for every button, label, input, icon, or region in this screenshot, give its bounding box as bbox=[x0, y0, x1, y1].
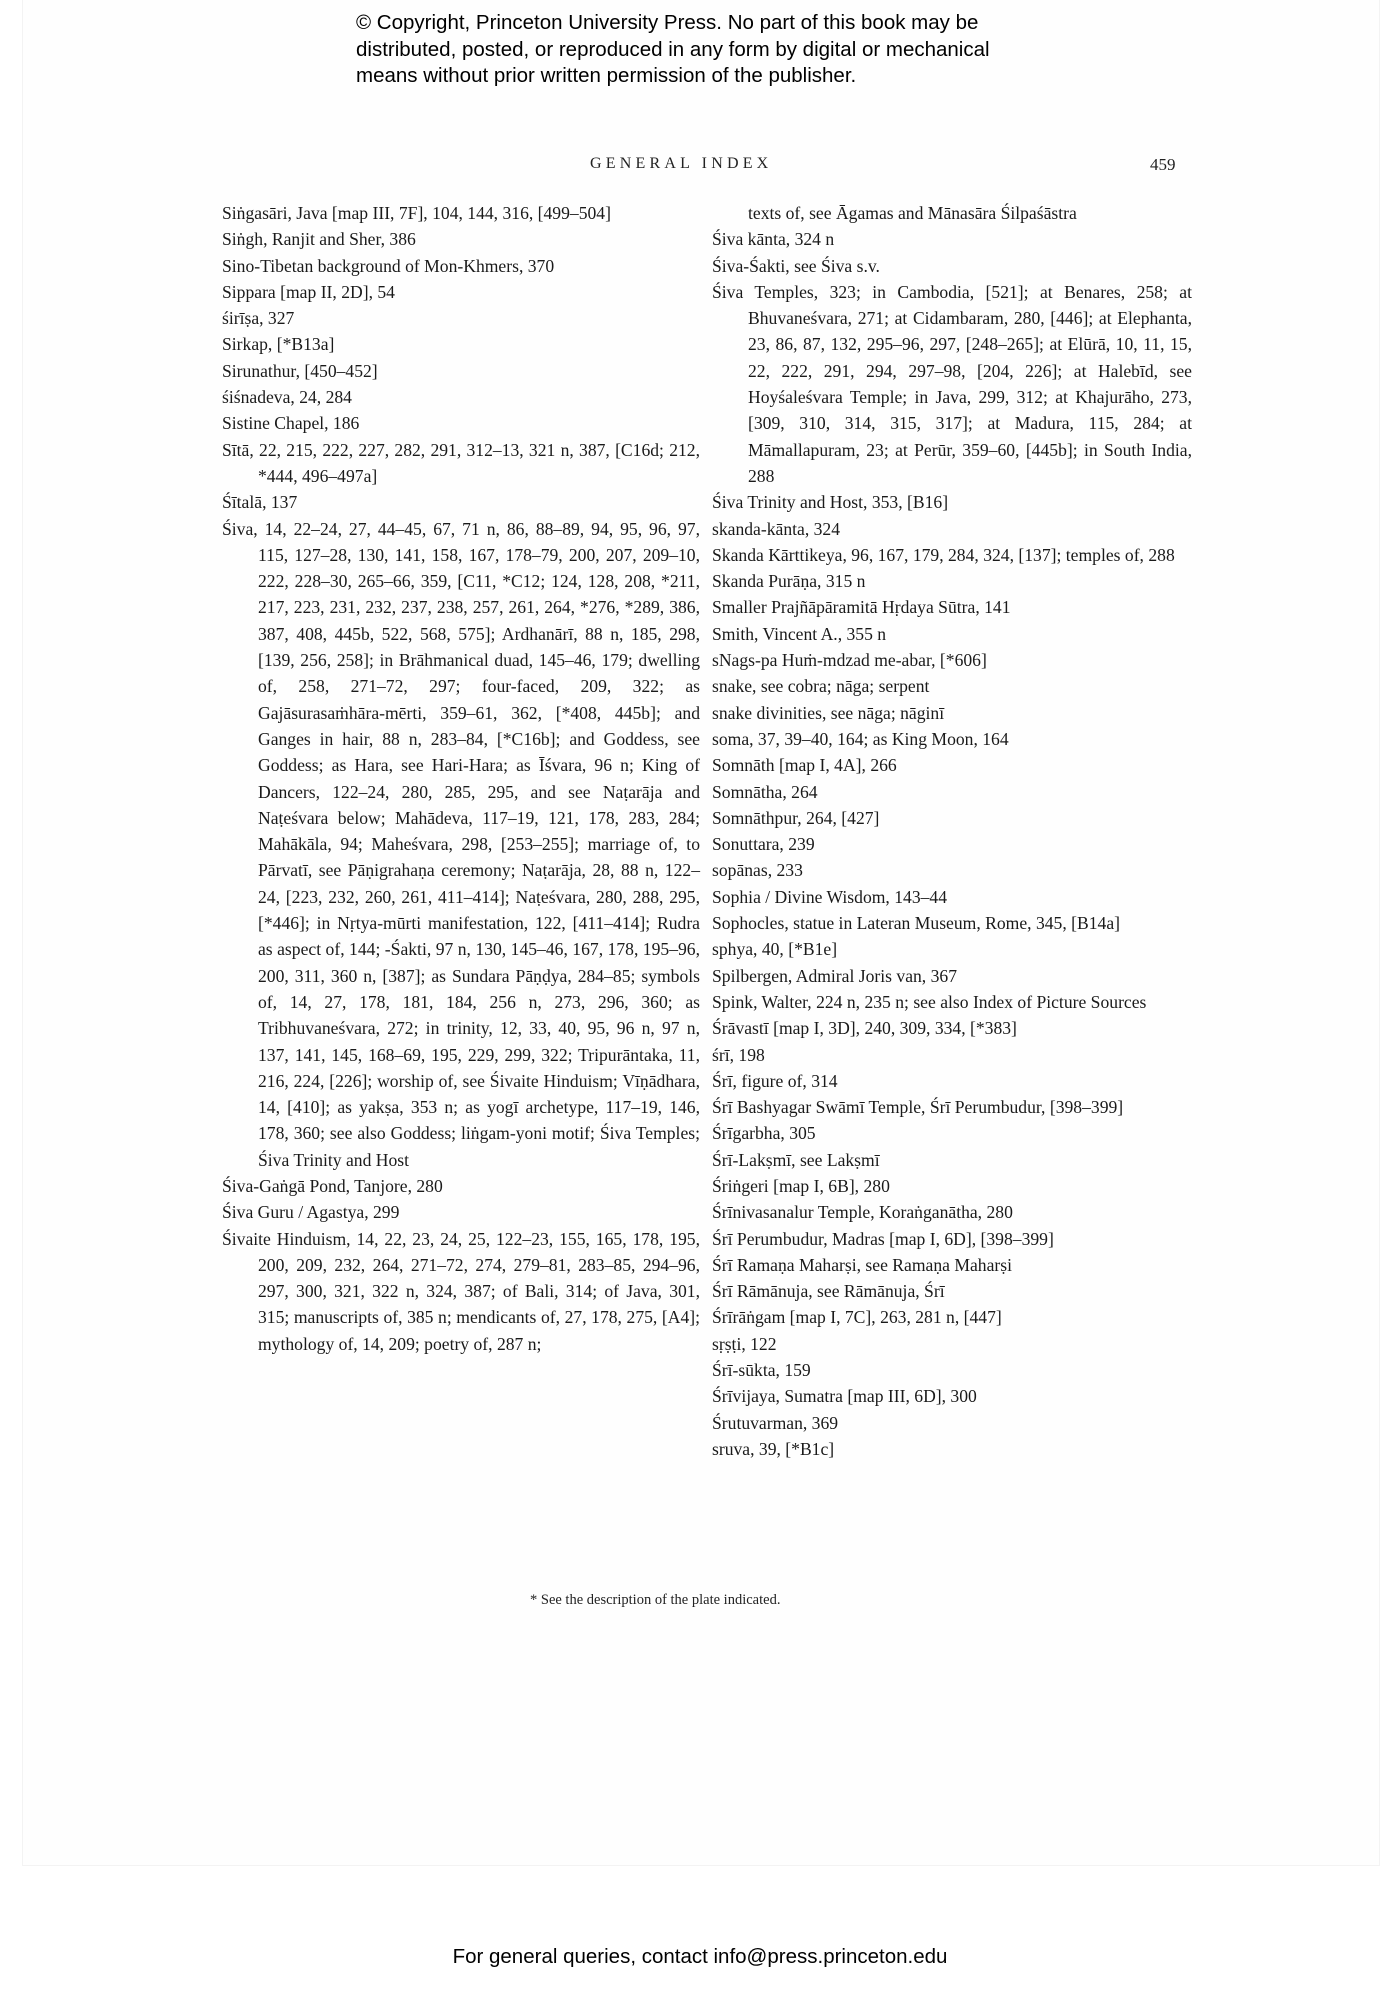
index-entry: Smaller Prajñāpāramitā Hṛdaya Sūtra, 141 bbox=[712, 594, 1192, 620]
index-entry: snake, see cobra; nāga; serpent bbox=[712, 673, 1192, 699]
index-entry: śrī, 198 bbox=[712, 1042, 1192, 1068]
index-entry: Spilbergen, Admiral Joris van, 367 bbox=[712, 963, 1192, 989]
contact-footer: For general queries, contact info@press.… bbox=[0, 1945, 1400, 1969]
index-entry: Śrāvastī [map I, 3D], 240, 309, 334, [*3… bbox=[712, 1015, 1192, 1041]
index-entry: skanda-kānta, 324 bbox=[712, 516, 1192, 542]
index-entry: sopānas, 233 bbox=[712, 857, 1192, 883]
index-entry: Śrī Perumbudur, Madras [map I, 6D], [398… bbox=[712, 1226, 1192, 1252]
index-entry: Śrutuvarman, 369 bbox=[712, 1410, 1192, 1436]
index-entry: Śriṅgeri [map I, 6B], 280 bbox=[712, 1173, 1192, 1199]
index-entry: Śiva-Gaṅgā Pond, Tanjore, 280 bbox=[222, 1173, 700, 1199]
copyright-notice: © Copyright, Princeton University Press.… bbox=[356, 10, 1076, 90]
index-entry: Sophia / Divine Wisdom, 143–44 bbox=[712, 884, 1192, 910]
index-entry: śirīṣa, 327 bbox=[222, 305, 700, 331]
index-entry: Sippara [map II, 2D], 54 bbox=[222, 279, 700, 305]
index-entry: Śiva, 14, 22–24, 27, 44–45, 67, 71 n, 86… bbox=[222, 516, 700, 1173]
index-entry: Śrī, figure of, 314 bbox=[712, 1068, 1192, 1094]
index-entry: Siṅgh, Ranjit and Sher, 386 bbox=[222, 226, 700, 252]
index-entry: Śrī Ramaṇa Maharṣi, see Ramaṇa Maharṣi bbox=[712, 1252, 1192, 1278]
index-entry: Sino-Tibetan background of Mon-Khmers, 3… bbox=[222, 253, 700, 279]
index-entry: snake divinities, see nāga; nāginī bbox=[712, 700, 1192, 726]
index-entry: sphya, 40, [*B1e] bbox=[712, 936, 1192, 962]
index-entry: Somnāth [map I, 4A], 266 bbox=[712, 752, 1192, 778]
index-entry: Śiva kānta, 324 n bbox=[712, 226, 1192, 252]
index-entry: sṛṣṭi, 122 bbox=[712, 1331, 1192, 1357]
index-entry: Śrīvijaya, Sumatra [map III, 6D], 300 bbox=[712, 1383, 1192, 1409]
copyright-line: means without prior written permission o… bbox=[356, 63, 1076, 90]
index-entry: sNags-pa Huṁ-mdzad me-abar, [*606] bbox=[712, 647, 1192, 673]
index-entry: Sophocles, statue in Lateran Museum, Rom… bbox=[712, 910, 1192, 936]
index-entry: Sirunathur, [450–452] bbox=[222, 358, 700, 384]
index-entry-continuation: texts of, see Āgamas and Mānasāra Śilpaś… bbox=[712, 200, 1192, 226]
index-entry: Śivaite Hinduism, 14, 22, 23, 24, 25, 12… bbox=[222, 1226, 700, 1357]
index-entry: Śrī Rāmānuja, see Rāmānuja, Śrī bbox=[712, 1278, 1192, 1304]
index-column-right: texts of, see Āgamas and Mānasāra Śilpaś… bbox=[712, 200, 1192, 1462]
index-entry: Śrīgarbha, 305 bbox=[712, 1120, 1192, 1146]
index-entry: Śrī-sūkta, 159 bbox=[712, 1357, 1192, 1383]
index-entry: Skanda Purāṇa, 315 n bbox=[712, 568, 1192, 594]
index-entry: Śrī Bashyagar Swāmī Temple, Śrī Perumbud… bbox=[712, 1094, 1192, 1120]
index-entry: Sonuttara, 239 bbox=[712, 831, 1192, 857]
index-entry: Śiva-Śakti, see Śiva s.v. bbox=[712, 253, 1192, 279]
index-entry: śiśnadeva, 24, 284 bbox=[222, 384, 700, 410]
page-number: 459 bbox=[1150, 155, 1176, 175]
copyright-line: distributed, posted, or reproduced in an… bbox=[356, 37, 1076, 64]
index-column-left: Siṅgasāri, Java [map III, 7F], 104, 144,… bbox=[222, 200, 700, 1357]
index-entry: Somnāthpur, 264, [427] bbox=[712, 805, 1192, 831]
index-entry: Śrīrāṅgam [map I, 7C], 263, 281 n, [447] bbox=[712, 1304, 1192, 1330]
index-entry: Śiva Trinity and Host, 353, [B16] bbox=[712, 489, 1192, 515]
index-entry: sruva, 39, [*B1c] bbox=[712, 1436, 1192, 1462]
index-entry: Sistine Chapel, 186 bbox=[222, 410, 700, 436]
index-entry: Śiva Temples, 323; in Cambodia, [521]; a… bbox=[712, 279, 1192, 489]
index-entry: Skanda Kārttikeya, 96, 167, 179, 284, 32… bbox=[712, 542, 1192, 568]
index-entry: Śrī-Lakṣmī, see Lakṣmī bbox=[712, 1147, 1192, 1173]
index-entry: Śrīnivasanalur Temple, Koraṅganātha, 280 bbox=[712, 1199, 1192, 1225]
index-entry: soma, 37, 39–40, 164; as King Moon, 164 bbox=[712, 726, 1192, 752]
index-entry: Spink, Walter, 224 n, 235 n; see also In… bbox=[712, 989, 1192, 1015]
index-entry: Siṅgasāri, Java [map III, 7F], 104, 144,… bbox=[222, 200, 700, 226]
index-entry: Śītalā, 137 bbox=[222, 489, 700, 515]
index-entry: Smith, Vincent A., 355 n bbox=[712, 621, 1192, 647]
plate-footnote: * See the description of the plate indic… bbox=[530, 1592, 780, 1609]
running-title: GENERAL INDEX bbox=[590, 155, 772, 173]
index-entry: Śiva Guru / Agastya, 299 bbox=[222, 1199, 700, 1225]
index-entry: Sirkap, [*B13a] bbox=[222, 331, 700, 357]
copyright-line: © Copyright, Princeton University Press.… bbox=[356, 10, 1076, 37]
index-entry: Somnātha, 264 bbox=[712, 779, 1192, 805]
index-entry: Sītā, 22, 215, 222, 227, 282, 291, 312–1… bbox=[222, 437, 700, 490]
